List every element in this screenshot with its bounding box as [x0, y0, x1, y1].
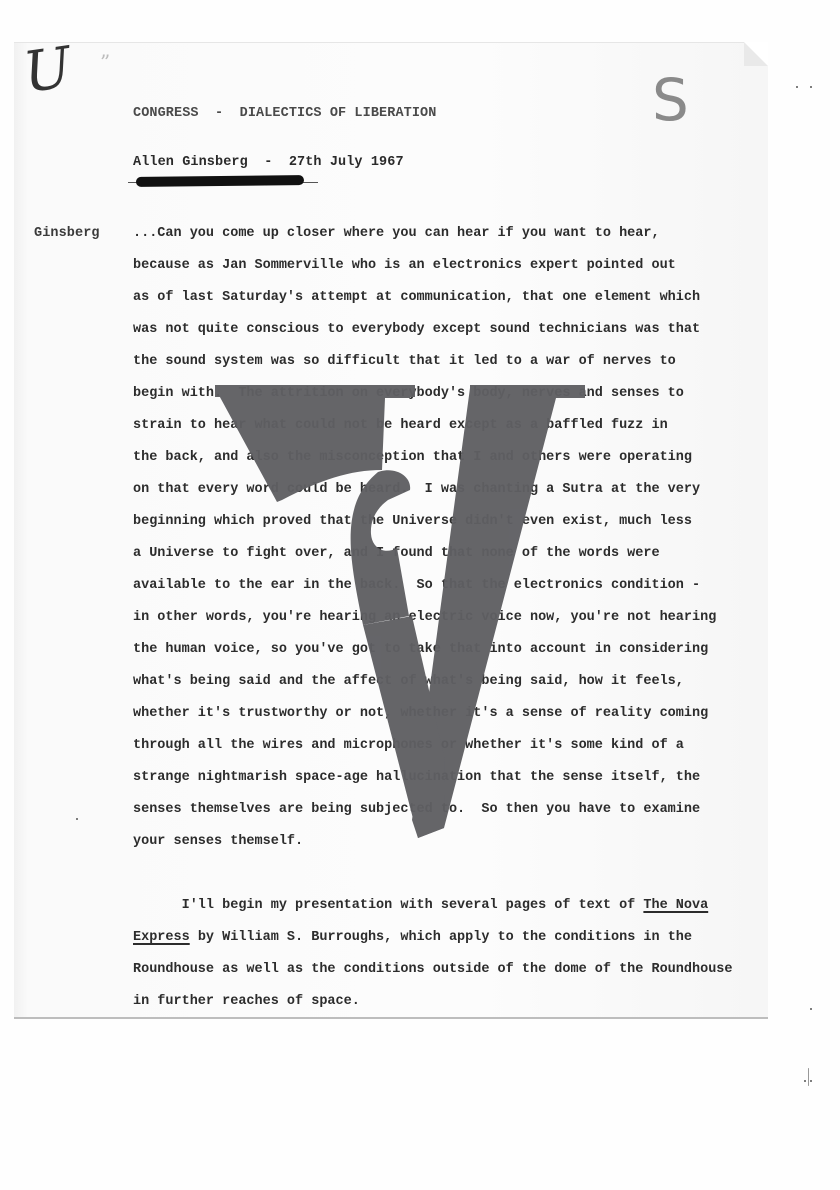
- text-line: the back, and also the misconception tha…: [133, 450, 692, 465]
- scan-speck: [810, 1080, 812, 1082]
- text-segment: I'll begin my presentation with several …: [133, 898, 643, 913]
- text-line: senses themselves are being subjected to…: [133, 802, 700, 817]
- text-line: as of last Saturday's attempt at communi…: [133, 290, 700, 305]
- text-line: through all the wires and microphones or…: [133, 738, 684, 753]
- page-corner-fold: [744, 42, 768, 66]
- scan-speck: [804, 1080, 806, 1082]
- text-line: I'll begin my presentation with several …: [133, 898, 708, 913]
- document-title: CONGRESS - DIALECTICS OF LIBERATION: [133, 106, 436, 121]
- redaction-bar: [136, 175, 304, 187]
- scan-speck: [808, 1068, 809, 1086]
- text-line: Express by William S. Burroughs, which a…: [133, 930, 692, 945]
- text-line: was not quite conscious to everybody exc…: [133, 322, 700, 337]
- handwritten-quote-mark: ”: [100, 50, 110, 74]
- text-line: ...Can you come up closer where you can …: [133, 226, 660, 241]
- handwritten-mark-top-left: U: [20, 35, 76, 106]
- text-line: Roundhouse as well as the conditions out…: [133, 962, 733, 977]
- text-line: beginning which proved that the Universe…: [133, 514, 692, 529]
- page-bottom-edge: [14, 1017, 768, 1019]
- text-line: the sound system was so difficult that i…: [133, 354, 676, 369]
- text-line: a Universe to fight over, and I found th…: [133, 546, 660, 561]
- text-line: because as Jan Sommerville who is an ele…: [133, 258, 676, 273]
- scan-speck: [796, 86, 798, 88]
- speaker-label: Ginsberg: [34, 226, 100, 241]
- document-byline: Allen Ginsberg - 27th July 1967: [133, 155, 404, 170]
- document-page: [14, 42, 768, 1017]
- text-line: available to the ear in the back. So tha…: [133, 578, 700, 593]
- handwritten-letter-top-right: S: [652, 66, 689, 134]
- scan-speck: [810, 1008, 812, 1010]
- text-line: in other words, you're hearing an electr…: [133, 610, 716, 625]
- scan-speck: [810, 86, 812, 88]
- text-line: what's being said and the affect of what…: [133, 674, 684, 689]
- text-line: on that every word could be heard. I was…: [133, 482, 700, 497]
- text-line: the human voice, so you've got to take t…: [133, 642, 708, 657]
- text-line: strain to hear what could not be heard e…: [133, 418, 668, 433]
- text-line: in further reaches of space.: [133, 994, 360, 1009]
- text-segment: by William S. Burroughs, which apply to …: [190, 930, 692, 945]
- text-line: your senses themself.: [133, 834, 303, 849]
- book-title-part-2: Express: [133, 930, 190, 945]
- book-title-part-1: The Nova: [643, 898, 708, 913]
- text-line: begin with. The attrition on everybody's…: [133, 386, 684, 401]
- text-line: strange nightmarish space-age hallucinat…: [133, 770, 700, 785]
- scan-speck: [76, 818, 78, 820]
- text-line: whether it's trustworthy or not, whether…: [133, 706, 708, 721]
